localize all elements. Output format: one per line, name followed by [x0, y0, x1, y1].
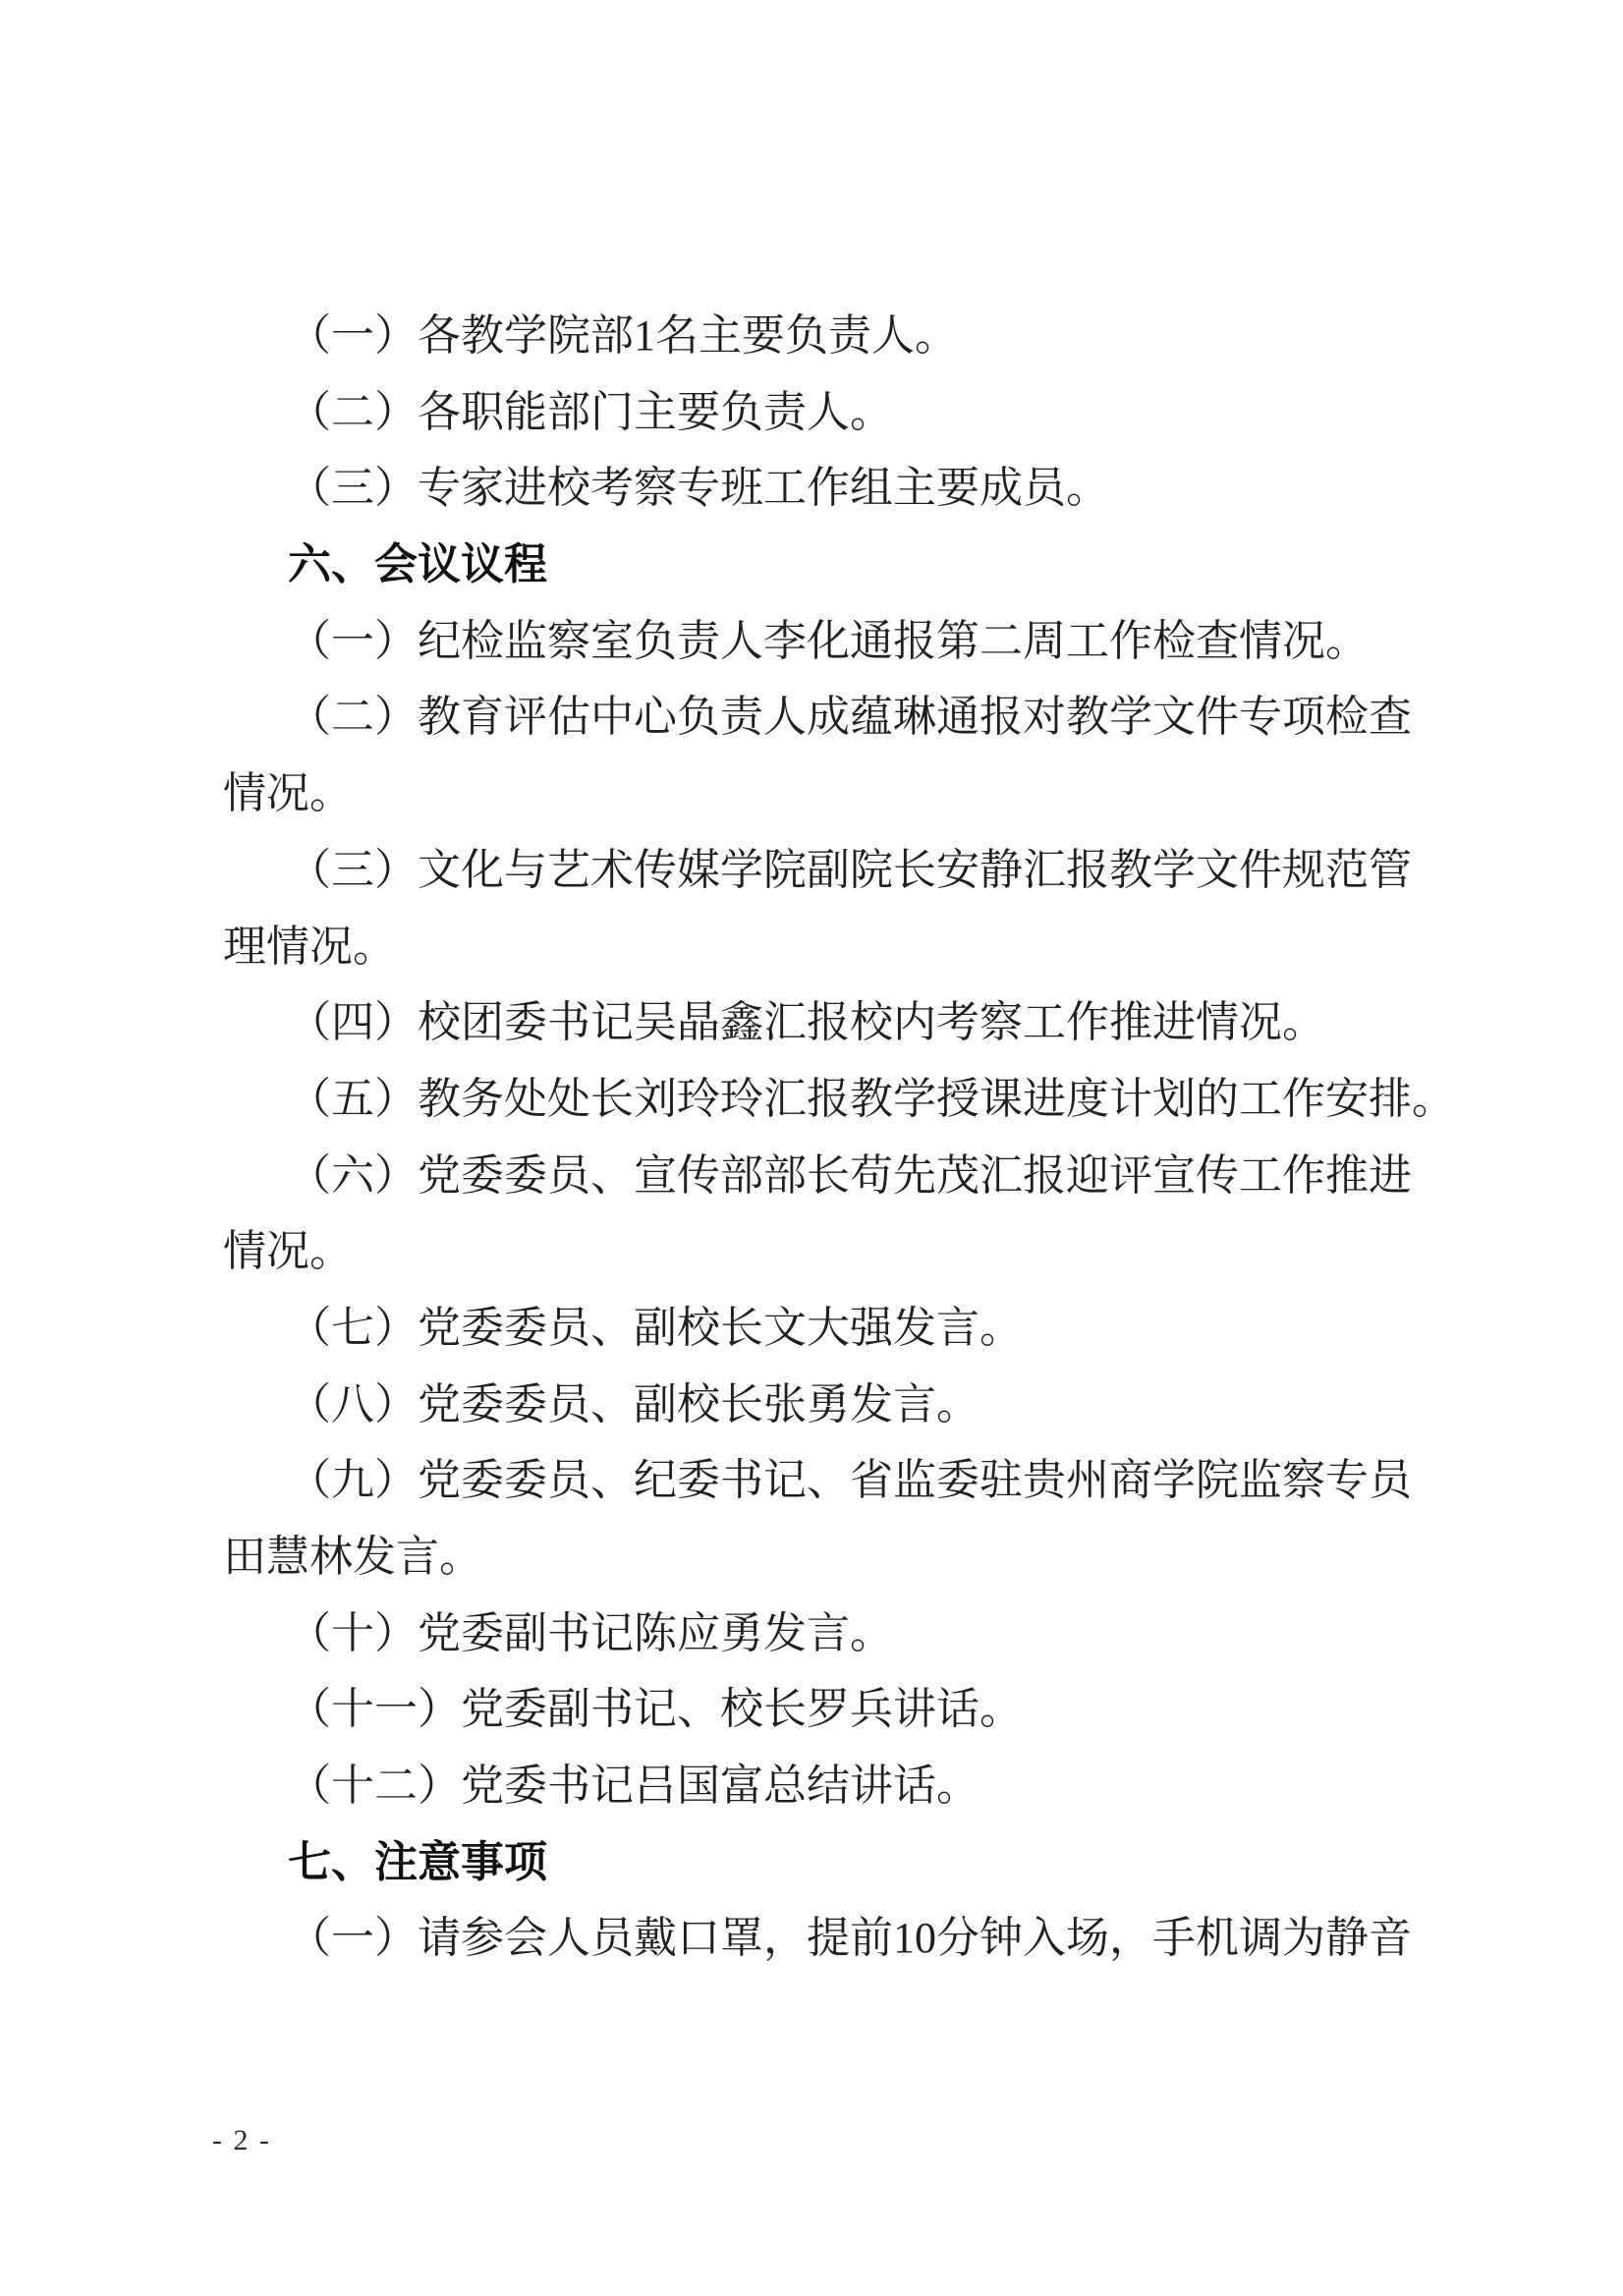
paragraph-line: （八）党委委员、副校长张勇发言。: [223, 1367, 1490, 1443]
continuation-line: 情况。: [223, 1213, 1490, 1290]
section-heading: 七、注意事项: [223, 1824, 1490, 1901]
document-body: （一）各教学院部1名主要负责人。（二）各职能部门主要负责人。（三）专家进校考察专…: [223, 298, 1490, 1977]
page-number: - 2 -: [212, 2126, 271, 2156]
continuation-line: 理情况。: [223, 909, 1490, 985]
paragraph-line: （二）教育评估中心负责人成蕴琳通报对教学文件专项检查: [223, 679, 1490, 756]
paragraph-line: （四）校团委书记吴晶鑫汇报校内考察工作推进情况。: [223, 984, 1490, 1061]
paragraph-line: （十二）党委书记吕国富总结讲话。: [223, 1748, 1490, 1824]
paragraph-line: （五）教务处处长刘玲玲汇报教学授课进度计划的工作安排。: [223, 1061, 1490, 1138]
paragraph-line: （三）文化与艺术传媒学院副院长安静汇报教学文件规范管: [223, 832, 1490, 909]
paragraph-line: （七）党委委员、副校长文大强发言。: [223, 1290, 1490, 1367]
paragraph-line: （十）党委副书记陈应勇发言。: [223, 1596, 1490, 1672]
paragraph-line: （六）党委委员、宣传部部长苟先茂汇报迎评宣传工作推进: [223, 1138, 1490, 1214]
section-heading: 六、会议议程: [223, 527, 1490, 603]
paragraph-line: （十一）党委副书记、校长罗兵讲话。: [223, 1671, 1490, 1748]
paragraph-line: （一）纪检监察室负责人李化通报第二周工作检查情况。: [223, 603, 1490, 680]
paragraph-line: （一）请参会人员戴口罩，提前10分钟入场，手机调为静音: [223, 1900, 1490, 1977]
continuation-line: 情况。: [223, 756, 1490, 832]
paragraph-line: （九）党委委员、纪委书记、省监委驻贵州商学院监察专员: [223, 1442, 1490, 1519]
paragraph-line: （二）各职能部门主要负责人。: [223, 374, 1490, 451]
document-page: （一）各教学院部1名主要负责人。（二）各职能部门主要负责人。（三）专家进校考察专…: [0, 0, 1623, 2296]
paragraph-line: （三）专家进校考察专班工作组主要成员。: [223, 450, 1490, 527]
continuation-line: 田慧林发言。: [223, 1519, 1490, 1596]
paragraph-line: （一）各教学院部1名主要负责人。: [223, 298, 1490, 374]
